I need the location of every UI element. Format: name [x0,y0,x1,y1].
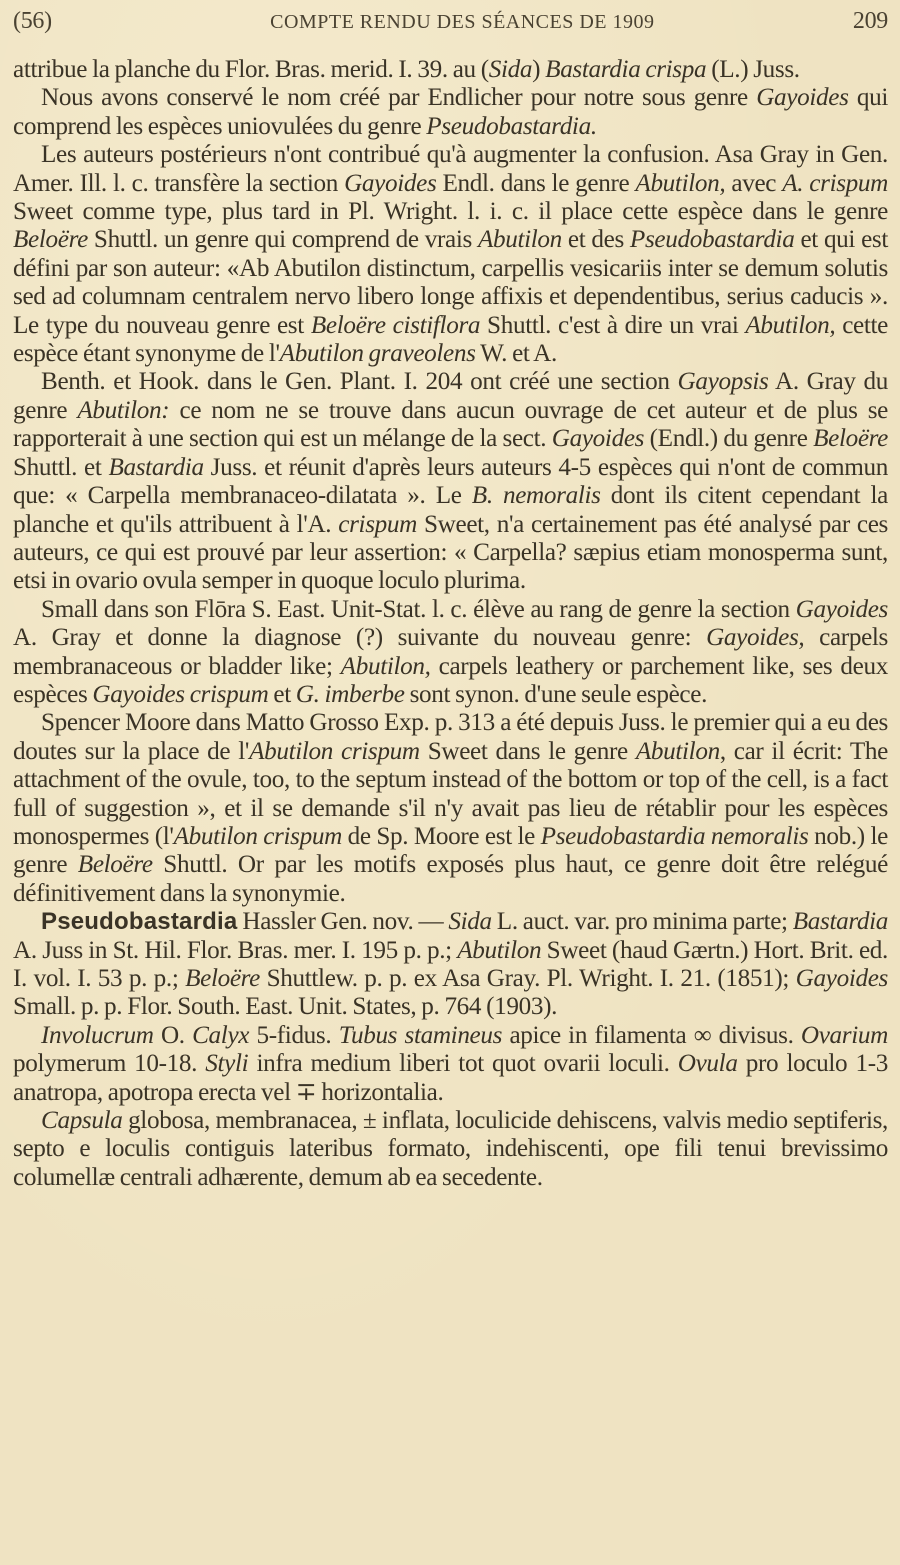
text-run: Endl. dans le genre [436,170,635,197]
italic-taxon-text: Bastardia [108,454,203,481]
italic-taxon-text: Abutilon: [77,397,169,424]
paragraph: Involucrum O. Calyx 5-fidus. Tubus stami… [13,1022,888,1107]
italic-taxon-text: B. nemoralis [472,482,601,509]
italic-taxon-text: Gayoides [344,170,436,197]
italic-taxon-text: Beloëre [13,226,88,253]
text-run: W. et A. [476,340,557,367]
body-text: attribue la planche du Flor. Bras. merid… [13,56,888,1192]
paragraph: Spencer Moore dans Matto Grosso Exp. p. … [13,709,888,908]
italic-taxon-text: Beloëre [185,965,260,992]
genus-description: Pseudobastardia Hassler Gen. nov. — Sida… [13,908,888,1022]
paragraph: Benth. et Hook. dans le Gen. Plant. I. 2… [13,368,888,595]
text-run: attribue la planche du Flor. Bras. merid… [13,56,489,83]
paragraph: Small dans son Flōra S. East. Unit-Stat.… [13,596,888,710]
text-run: de Sp. Moore est le [342,823,541,850]
italic-taxon-text: Ovarium [801,1022,888,1049]
text-run: ) [532,56,545,83]
text-run: Small. p. p. Flor. South. East. Unit. St… [13,993,557,1020]
text-run: A. Juss in St. Hil. Flor. Bras. mer. I. … [13,937,457,964]
italic-taxon-text: Sida [489,56,532,83]
italic-taxon-text: G. imberbe [296,681,405,708]
italic-taxon-text: Abutilon crispum [249,738,420,765]
paragraph: attribue la planche du Flor. Bras. merid… [13,56,888,84]
italic-taxon-text: Pseudobastardia [630,226,795,253]
italic-taxon-text: Pseudobastardia nemoralis [541,823,809,850]
italic-taxon-text: Beloëre [813,425,888,452]
italic-taxon-text: Abutilon, [341,653,431,680]
italic-taxon-text: Gayoides [756,84,848,111]
paragraph: Les auteurs postérieurs n'ont contribué … [13,141,888,368]
italic-taxon-text: Pseudobastardia. [426,113,596,140]
italic-taxon-text: Gayoides crispum [92,681,268,708]
running-head: (56) COMPTE RENDU DES SÉANCES DE 1909 20… [13,8,888,56]
text-run: Sweet comme type, plus tard in Pl. Wrigh… [13,198,888,225]
scanned-page: (56) COMPTE RENDU DES SÉANCES DE 1909 20… [0,0,900,1565]
italic-taxon-text: A. crispum [782,170,888,197]
italic-taxon-text: Gayopsis [678,368,769,395]
paragraph: Capsula globosa, membranacea, ± inflata,… [13,1107,888,1192]
text-run: sont synon. d'une seule espèce. [405,681,707,708]
italic-taxon-text: crispum [338,511,417,538]
text-run: apice in filamenta ∞ divisus. [502,1022,801,1049]
italic-taxon-text: Sida [448,908,491,935]
italic-taxon-text: Abutilon, [635,170,725,197]
italic-taxon-text: Capsula [41,1107,123,1134]
genus-heading: Pseudobastardia [41,908,237,935]
section-number: (56) [13,8,52,35]
text-run: et des [562,226,630,253]
italic-taxon-text: Gayoides [796,965,888,992]
italic-taxon-text: Abutilon [478,226,562,253]
italic-taxon-text: Involucrum [41,1022,154,1049]
italic-taxon-text: Ovula [678,1050,738,1077]
text-run: et [268,681,295,708]
text-run: infra medium liberi tot quot ovarii locu… [248,1050,677,1077]
text-run: polymerum 10-18. [13,1050,205,1077]
text-run: (L.) Juss. [706,56,800,83]
text-run: O. [154,1022,192,1049]
text-run: L. auct. var. pro minima parte; [492,908,793,935]
italic-taxon-text: Abutilon graveolens [280,340,476,367]
text-run: globosa, membranacea, ± inflata, loculic… [13,1107,888,1191]
italic-taxon-text: Gayoides, [706,624,804,651]
text-run: avec [725,170,782,197]
italic-taxon-text: Abutilon [457,937,541,964]
paragraph: Nous avons conservé le nom créé par Endl… [13,84,888,141]
text-run: Shuttl. un genre qui comprend de vrais [88,226,478,253]
italic-taxon-text: Gayoides [552,425,644,452]
text-run: Hassler Gen. nov. — [237,908,448,935]
italic-taxon-text: Styli [205,1050,248,1077]
text-run: Benth. et Hook. dans le Gen. Plant. I. 2… [41,368,678,395]
italic-taxon-text: Bastardia [793,908,888,935]
text-run: Shuttl. c'est à dire un vrai [480,312,745,339]
italic-taxon-text: Abutilon, [745,312,835,339]
text-run: A. Gray et donne la diagnose (?) suivant… [13,624,706,651]
text-run: 5-fidus. [249,1022,339,1049]
text-run: Sweet dans le genre [420,738,636,765]
italic-taxon-text: Bastardia crispa [545,56,706,83]
text-run: (Endl.) du genre [644,425,813,452]
italic-taxon-text: Calyx [192,1022,249,1049]
text-run: Small dans son Flōra S. East. Unit-Stat.… [41,596,796,623]
text-run: Shuttl. et [13,454,108,481]
italic-taxon-text: Gayoides [796,596,888,623]
italic-taxon-text: Abutilon crispum [174,823,342,850]
running-title: COMPTE RENDU DES SÉANCES DE 1909 [270,11,654,34]
italic-taxon-text: Beloëre [78,851,153,878]
text-run: Nous avons conservé le nom créé par Endl… [41,84,756,111]
italic-taxon-text: Abutilon [636,738,720,765]
italic-taxon-text: Tubus stamineus [339,1022,502,1049]
page-number: 209 [853,8,888,35]
italic-taxon-text: Beloëre cistiflora [311,312,480,339]
text-run: Shuttlew. p. p. ex Asa Gray. Pl. Wright.… [260,965,796,992]
